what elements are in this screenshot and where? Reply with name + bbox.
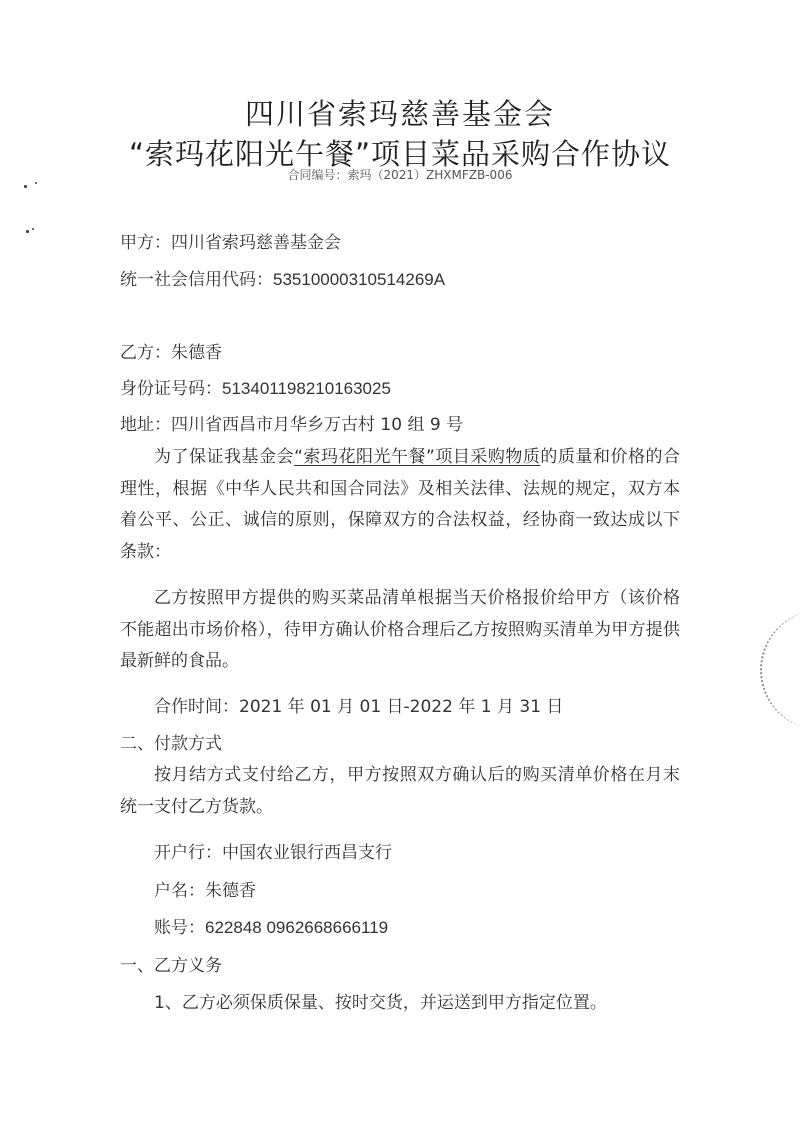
payment-heading: 二、付款方式 — [120, 729, 222, 754]
address-label: 地址： — [120, 415, 171, 435]
party-b-line: 乙方：朱德香 — [120, 338, 222, 363]
account-name-value: 朱德香 — [205, 881, 256, 901]
credit-code-label: 统一社会信用代码： — [120, 270, 273, 290]
scan-speck — [26, 230, 29, 233]
party-b-label: 乙方： — [120, 343, 171, 363]
preamble-paragraph: 为了保证我基金会“索玛花阳光午餐”项目采购物质的质量和价格的合理性，根据《中华人… — [120, 442, 680, 568]
seal-stamp-edge — [760, 610, 800, 730]
scan-speck — [32, 228, 34, 230]
party-a-line: 甲方：四川省索玛慈善基金会 — [120, 228, 341, 253]
preamble-underlined-project: “索玛花阳光午餐”项目采购物质 — [294, 447, 540, 467]
id-number-value: 513401198210163025 — [222, 379, 391, 398]
party-b-name: 朱德香 — [171, 343, 222, 363]
account-name-label: 户名： — [154, 881, 205, 901]
address-value: 四川省西昌市月华乡万古村 10 组 9 号 — [171, 415, 463, 435]
credit-code-line: 统一社会信用代码：53510000310514269A — [120, 265, 445, 290]
bank-label: 开户行： — [154, 843, 222, 863]
address-line: 地址：四川省西昌市月华乡万古村 10 组 9 号 — [120, 410, 463, 435]
bank-value: 中国农业银行西昌支行 — [222, 843, 392, 863]
credit-code-value: 53510000310514269A — [273, 270, 445, 289]
document-title-organization: 四川省索玛慈善基金会 — [0, 92, 800, 133]
cooperation-period: 合作时间：2021 年 01 月 01 日-2022 年 1 月 31 日 — [154, 692, 563, 717]
scan-speck — [35, 182, 37, 184]
account-number-line: 账号：622848 0962668666119 — [154, 913, 388, 938]
id-number-line: 身份证号码：513401198210163025 — [120, 374, 391, 399]
scan-speck — [24, 185, 27, 188]
party-a-name: 四川省索玛慈善基金会 — [171, 233, 341, 253]
preamble-text-start: 为了保证我基金会 — [154, 447, 294, 467]
account-name-line: 户名：朱德香 — [154, 876, 256, 901]
id-number-label: 身份证号码： — [120, 379, 222, 399]
obligations-heading: 一、乙方义务 — [120, 951, 222, 976]
obligation-item: 1、乙方必须保质保量、按时交货，并运送到甲方指定位置。 — [154, 988, 607, 1013]
contract-page: 四川省索玛慈善基金会 “索玛花阳光午餐”项目菜品采购合作协议 合同编号：索玛（2… — [0, 0, 800, 1129]
account-number-value: 622848 0962668666119 — [205, 918, 388, 937]
pricing-clause-paragraph: 乙方按照甲方提供的购买菜品清单根据当天价格报价给甲方（该价格不能超出市场价格），… — [120, 583, 680, 678]
contract-number: 合同编号：索玛（2021）ZHXMFZB-006 — [0, 166, 800, 183]
bank-line: 开户行：中国农业银行西昌支行 — [154, 838, 392, 863]
account-number-label: 账号： — [154, 918, 205, 938]
payment-paragraph: 按月结方式支付给乙方，甲方按照双方确认后的购买清单价格在月末统一支付乙方货款。 — [120, 760, 680, 823]
party-a-label: 甲方： — [120, 233, 171, 253]
